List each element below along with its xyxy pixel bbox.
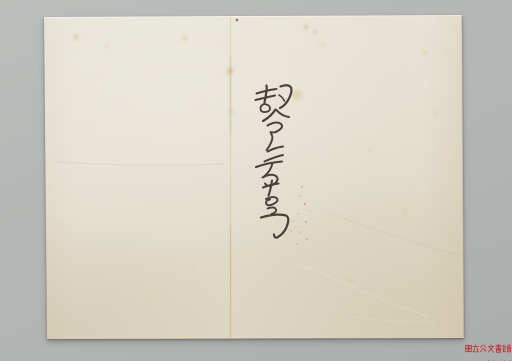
paper-artwork (44, 15, 464, 339)
document-paper: 勅令第二百十号 (44, 15, 464, 339)
watermark-kanji-logo (465, 344, 511, 353)
document-paper-wrap: 勅令第二百十号 (44, 15, 464, 339)
calligraphy-transcription: 勅令第二百十号 (43, 14, 44, 15)
archival-scan-stage: 勅令第二百十号 (0, 0, 512, 361)
archives-watermark: National Archives of Japan (464, 344, 511, 358)
paper-grain-texture (44, 15, 464, 339)
kanji-glyphs (465, 345, 510, 353)
watermark-english-wrap: National Archives of Japan (464, 353, 511, 358)
